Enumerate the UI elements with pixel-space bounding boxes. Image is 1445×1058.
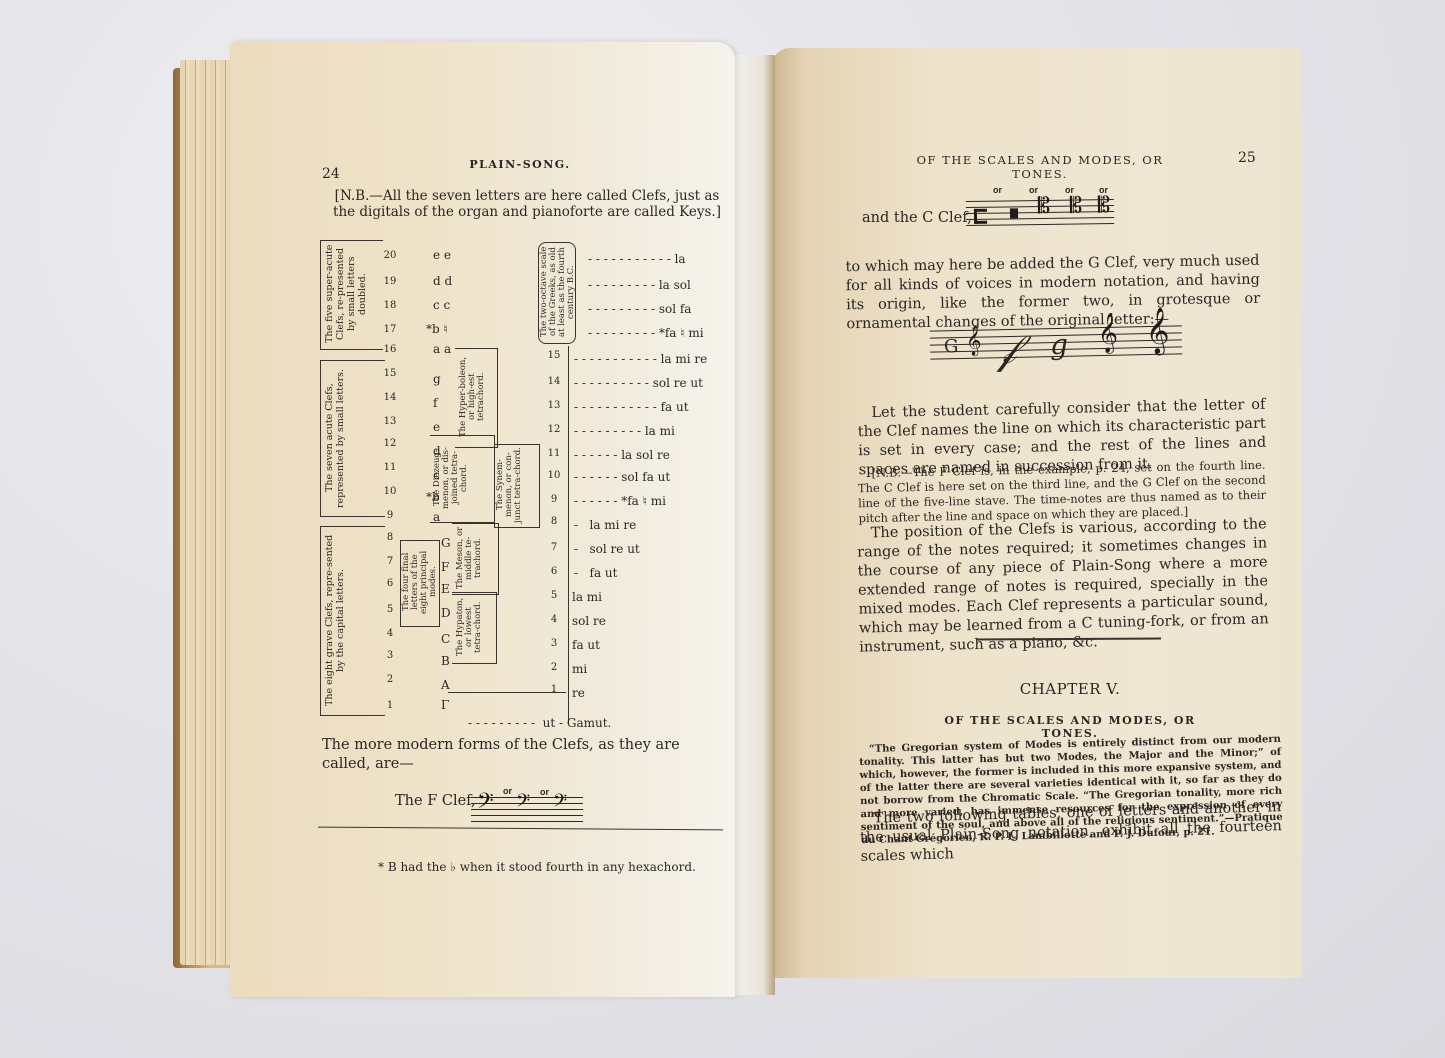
c-clef-label: and the C Clef, bbox=[862, 210, 972, 226]
row-letter: C bbox=[441, 632, 450, 646]
f-clef-icon: 𝄢 bbox=[516, 791, 530, 816]
g-letter-icon: G bbox=[944, 336, 959, 357]
row-syllables: - - - - - - - - - la sol bbox=[588, 278, 691, 292]
row-syllables: - - - - - - *fa ♮ mi bbox=[574, 494, 666, 508]
g-clef-icon: 𝄞 bbox=[1145, 308, 1170, 354]
greek-row-number: 2 bbox=[542, 662, 566, 673]
row-number: 6 bbox=[378, 578, 402, 589]
greek-row-number: 6 bbox=[542, 566, 566, 577]
greek-row-number: 4 bbox=[542, 614, 566, 625]
row-syllables: - - - - - - - - - - - la mi re bbox=[574, 352, 707, 366]
or-label: or bbox=[993, 185, 1002, 195]
row-number: 11 bbox=[378, 462, 402, 473]
row-syllables: - - - - - - sol fa ut bbox=[574, 470, 670, 484]
row-syllables: - - - - - - - - - sol fa bbox=[588, 302, 691, 316]
c-clef-staff: 𝄡 𝄡 𝄡 bbox=[966, 199, 1114, 227]
greek-row-number: 15 bbox=[542, 350, 566, 361]
meson-label: The Meson, or middle te-trachord. bbox=[456, 526, 494, 590]
superacute-group-label: The five super-acute Clefs, re-presented… bbox=[324, 244, 376, 344]
row-number: 19 bbox=[378, 276, 402, 287]
greek-row-number: 12 bbox=[542, 424, 566, 435]
or-label: or bbox=[503, 786, 512, 796]
f-clef-icon: 𝄢 bbox=[477, 789, 494, 820]
g-clef-icon: 𝄞 bbox=[1097, 313, 1118, 353]
hypaton-underline bbox=[448, 692, 566, 693]
left-nb-note: [N.B.—All the seven letters are here cal… bbox=[322, 188, 732, 220]
row-letter: *b bbox=[426, 490, 440, 504]
greek-scale-label: The two-octave scale of the Greeks, as o… bbox=[540, 244, 572, 340]
greek-row-number: 11 bbox=[542, 448, 566, 459]
row-syllables: - - - - - - - - - - - la bbox=[588, 252, 686, 266]
row-number: 2 bbox=[378, 674, 402, 685]
row-syllables: - - - - - - - - - ut - Gamut. bbox=[468, 716, 611, 730]
row-number: 18 bbox=[378, 300, 402, 311]
row-number: 10 bbox=[378, 486, 402, 497]
g-clef-script-icon: 𝒻 bbox=[998, 327, 1017, 373]
chapter-title: CHAPTER V. bbox=[980, 680, 1160, 698]
row-syllables: - - - - - - - - - *fa ♮ mi bbox=[588, 326, 704, 340]
row-letter: F bbox=[441, 560, 449, 574]
c-clef-icon: 𝄡 bbox=[1038, 194, 1051, 219]
greek-row-number: 7 bbox=[542, 542, 566, 553]
row-syllables: - fa ut bbox=[574, 566, 617, 580]
row-syllables: la mi bbox=[572, 590, 602, 604]
row-number: 8 bbox=[378, 532, 402, 543]
row-number: 4 bbox=[378, 628, 402, 639]
position-paragraph: The position of the Clefs is various, ac… bbox=[857, 515, 1270, 657]
row-syllables: - la mi re bbox=[574, 518, 636, 532]
left-running-head: PLAIN-SONG. bbox=[420, 158, 620, 171]
c-clef-icon: 𝄡 bbox=[1098, 193, 1111, 218]
book-gutter bbox=[735, 55, 775, 995]
greek-column-divider bbox=[568, 346, 569, 721]
greek-row-number: 14 bbox=[542, 376, 566, 387]
row-letter: d bbox=[433, 444, 441, 458]
row-letter: e e bbox=[433, 248, 451, 262]
diezeugmenon-label: The Diezeug-menon, or dis-joined tetra-c… bbox=[433, 438, 491, 518]
row-letter: *b ♮ bbox=[426, 322, 448, 336]
left-footnote: * B had the ♭ when it stood fourth in an… bbox=[378, 860, 696, 874]
modern-forms-text: The more modern forms of the Clefs, as t… bbox=[322, 736, 732, 774]
f-clef-icon: 𝄢 bbox=[553, 791, 567, 816]
c-clef-icon bbox=[1010, 208, 1018, 218]
row-letter: a bbox=[433, 510, 440, 524]
row-letter: Γ bbox=[441, 698, 449, 712]
row-number: 3 bbox=[378, 650, 402, 661]
row-number: 16 bbox=[378, 344, 402, 355]
right-page-number: 25 bbox=[1238, 150, 1256, 166]
final-letters-label: The four final letters of the eight prin… bbox=[402, 542, 436, 622]
row-syllables: - - - - - - - - - la mi bbox=[574, 424, 675, 438]
row-number: 5 bbox=[378, 604, 402, 615]
hypaton-label: The Hypaton, or lowest tetra-chord. bbox=[456, 595, 492, 659]
row-number: 13 bbox=[378, 416, 402, 427]
row-letter: E bbox=[441, 582, 450, 596]
row-syllables: - - - - - - la sol re bbox=[574, 448, 670, 462]
greek-row-number: 13 bbox=[542, 400, 566, 411]
row-letter: A bbox=[441, 678, 450, 692]
row-letter: d d bbox=[433, 274, 452, 288]
row-letter: g bbox=[433, 372, 441, 386]
greek-row-number: 10 bbox=[542, 470, 566, 481]
left-page-number: 24 bbox=[322, 166, 340, 182]
g-clef-paragraph: to which may here be added the G Clef, v… bbox=[845, 252, 1260, 334]
row-syllables: re bbox=[572, 686, 585, 700]
or-label: or bbox=[1029, 185, 1038, 195]
row-number: 20 bbox=[378, 250, 402, 261]
f-clef-label: The F Clef, bbox=[395, 793, 476, 809]
row-letter: e bbox=[433, 420, 440, 434]
row-letter: c bbox=[433, 468, 440, 482]
row-number: 17 bbox=[378, 324, 402, 335]
row-syllables: mi bbox=[572, 662, 587, 676]
or-label: or bbox=[540, 787, 549, 797]
greek-row-number: 5 bbox=[542, 590, 566, 601]
row-number: 1 bbox=[378, 700, 402, 711]
greek-row-number: 8 bbox=[542, 516, 566, 527]
greek-row-number: 9 bbox=[542, 494, 566, 505]
c-clef-icon bbox=[974, 209, 987, 224]
row-syllables: fa ut bbox=[572, 638, 600, 652]
row-letter: D bbox=[441, 606, 451, 620]
row-letter: a a bbox=[433, 342, 451, 356]
row-letter: B bbox=[441, 654, 450, 668]
c-clef-icon: 𝄡 bbox=[1070, 193, 1083, 218]
row-number: 9 bbox=[378, 510, 402, 521]
row-syllables: sol re bbox=[572, 614, 606, 628]
greek-row-number: 1 bbox=[542, 684, 566, 695]
right-running-head: OF THE SCALES AND MODES, OR TONES. bbox=[900, 153, 1180, 181]
row-syllables: - - - - - - - - - - sol re ut bbox=[574, 376, 703, 390]
g-clef-staff: G 𝄞 𝒻 g 𝄞 𝄞 bbox=[930, 325, 1183, 360]
grave-group-label: The eight grave Clefs, repre-sented by t… bbox=[324, 530, 378, 710]
row-number: 15 bbox=[378, 368, 402, 379]
f-clef-staff: 𝄢 𝄢 𝄢 bbox=[471, 797, 583, 823]
row-letter: G bbox=[441, 536, 451, 550]
hyperboleon-label: The Hyper-boleon, or high-est tetrachord… bbox=[459, 352, 493, 442]
row-letter: f bbox=[433, 396, 437, 410]
g-clef-script-icon: g bbox=[1050, 328, 1069, 361]
row-number: 7 bbox=[378, 556, 402, 567]
synemmenon-label: The Synem-menon, or con-junct tetra-chor… bbox=[496, 446, 536, 524]
g-clef-ornamental-icon: 𝄞 bbox=[966, 326, 982, 357]
row-number: 14 bbox=[378, 392, 402, 403]
closing-paragraph: The two following tables, one of letters… bbox=[859, 798, 1282, 867]
row-letter: c c bbox=[433, 298, 450, 312]
row-syllables: - - - - - - - - - - - fa ut bbox=[574, 400, 689, 414]
row-number: 12 bbox=[378, 438, 402, 449]
row-syllables: - sol re ut bbox=[574, 542, 640, 556]
acute-group-label: The seven acute Clefs, represented by sm… bbox=[324, 364, 378, 512]
greek-row-number: 3 bbox=[542, 638, 566, 649]
clef-table: The five super-acute Clefs, re-presented… bbox=[318, 240, 738, 740]
